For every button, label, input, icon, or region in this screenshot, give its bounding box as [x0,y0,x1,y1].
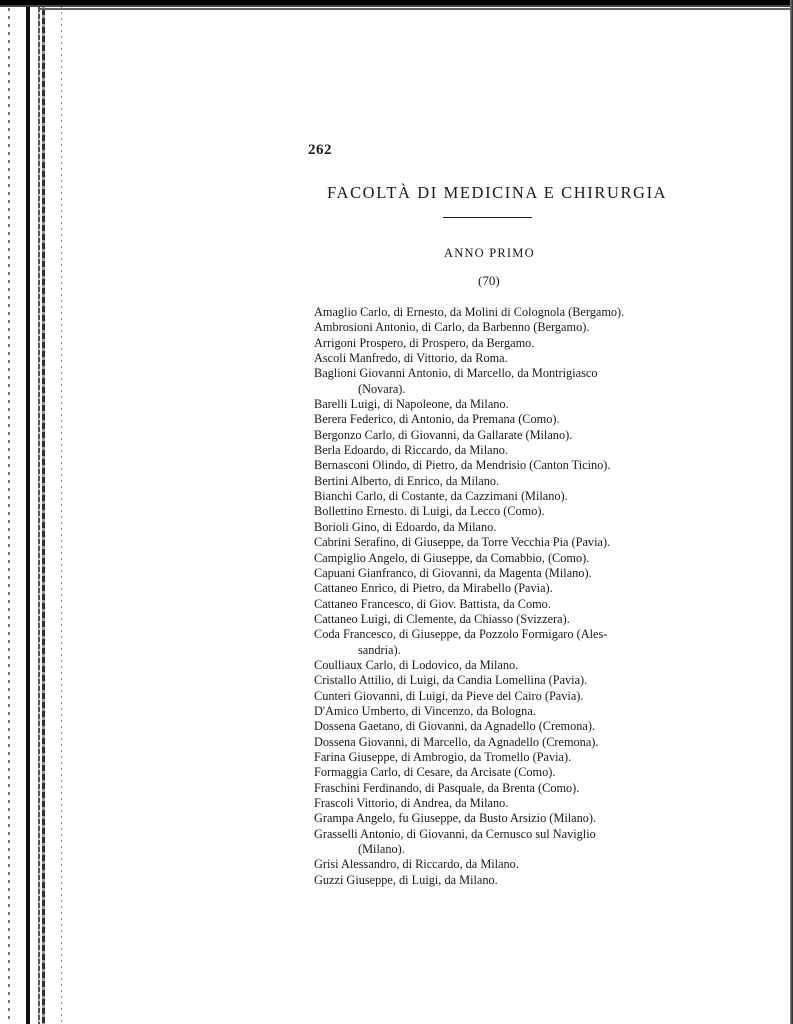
student-entry-text: Baglioni Giovanni Antonio, di Marcello, … [314,366,597,380]
student-entry-text: Frascoli Vittorio, di Andrea, da Milano. [314,796,508,810]
student-entry-continuation: sandria). [314,643,684,658]
student-entry-text: Grampa Angelo, fu Giuseppe, da Busto Ars… [314,811,596,825]
list-item: Guzzi Giuseppe, di Luigi, da Milano. [314,873,684,888]
page-number: 262 [308,142,332,159]
student-count: (70) [478,273,500,289]
list-item: Bergonzo Carlo, di Giovanni, da Gallarat… [314,428,684,443]
student-entry-text: Cunteri Giovanni, di Luigi, da Pieve del… [314,689,583,703]
list-item: Cattaneo Luigi, di Clemente, da Chiasso … [314,612,684,627]
list-item: Ambrosioni Antonio, di Carlo, da Barbenn… [314,320,684,335]
list-item: Barelli Luigi, di Napoleone, da Milano. [314,397,684,412]
student-entry-text: Berera Federico, di Antonio, da Premana … [314,412,560,426]
student-entry-text: Barelli Luigi, di Napoleone, da Milano. [314,397,509,411]
list-item: Dossena Gaetano, di Giovanni, da Agnadel… [314,719,684,734]
student-entry-continuation: (Novara). [314,382,684,397]
student-entry-text: Guzzi Giuseppe, di Luigi, da Milano. [314,873,498,887]
student-entry-text: Cabrini Serafino, di Giuseppe, da Torre … [314,535,610,549]
student-entry-text: Dossena Gaetano, di Giovanni, da Agnadel… [314,719,595,733]
section-heading: ANNO PRIMO [444,246,535,261]
student-entry-text: Coulliaux Carlo, di Lodovico, da Milano. [314,658,518,672]
student-entry-text: Berla Edoardo, di Riccardo, da Milano. [314,443,508,457]
student-entry-text: Dossena Giovanni, di Marcello, da Agnade… [314,735,598,749]
list-item: Cristallo Attilio, di Luigi, da Candia L… [314,673,684,688]
student-entry-text: Bertini Alberto, di Enrico, da Milano. [314,474,499,488]
student-entry-text: Formaggia Carlo, di Cesare, da Arcisate … [314,765,555,779]
list-item: Frascoli Vittorio, di Andrea, da Milano. [314,796,684,811]
student-entry-text: Ascoli Manfredo, di Vittorio, da Roma. [314,351,508,365]
student-entry-text: Farina Giuseppe, di Ambrogio, da Tromell… [314,750,571,764]
student-list: Amaglio Carlo, di Ernesto, da Molini di … [314,305,684,888]
list-item: Grisi Alessandro, di Riccardo, da Milano… [314,857,684,872]
list-item: Capuani Gianfranco, di Giovanni, da Mage… [314,566,684,581]
student-entry-text: Cattaneo Enrico, di Pietro, da Mirabello… [314,581,553,595]
list-item: Bollettino Ernesto. di Luigi, da Lecco (… [314,504,684,519]
list-item: Baglioni Giovanni Antonio, di Marcello, … [314,366,684,397]
list-item: Cabrini Serafino, di Giuseppe, da Torre … [314,535,684,550]
list-item: Grasselli Antonio, di Giovanni, da Cernu… [314,827,684,858]
title-divider [443,217,532,218]
student-entry-text: Bernasconi Olindo, di Pietro, da Mendris… [314,458,610,472]
student-entry-text: Bollettino Ernesto. di Luigi, da Lecco (… [314,504,545,518]
list-item: Berera Federico, di Antonio, da Premana … [314,412,684,427]
list-item: Berla Edoardo, di Riccardo, da Milano. [314,443,684,458]
list-item: Coda Francesco, di Giuseppe, da Pozzolo … [314,627,684,658]
list-item: Borioli Gino, di Edoardo, da Milano. [314,520,684,535]
student-entry-text: Fraschini Ferdinando, di Pasquale, da Br… [314,781,579,795]
student-entry-text: Capuani Gianfranco, di Giovanni, da Mage… [314,566,592,580]
list-item: Arrigoni Prospero, di Prospero, da Berga… [314,336,684,351]
student-entry-text: D'Amico Umberto, di Vincenzo, da Bologna… [314,704,536,718]
student-entry-text: Cattaneo Luigi, di Clemente, da Chiasso … [314,612,570,626]
list-item: Ascoli Manfredo, di Vittorio, da Roma. [314,351,684,366]
student-entry-text: Arrigoni Prospero, di Prospero, da Berga… [314,336,534,350]
student-entry-text: Amaglio Carlo, di Ernesto, da Molini di … [314,305,624,319]
list-item: Farina Giuseppe, di Ambrogio, da Tromell… [314,750,684,765]
student-entry-text: Campiglio Angelo, di Giuseppe, da Comabb… [314,551,589,565]
student-entry-text: Grisi Alessandro, di Riccardo, da Milano… [314,857,519,871]
list-item: Coulliaux Carlo, di Lodovico, da Milano. [314,658,684,673]
list-item: Formaggia Carlo, di Cesare, da Arcisate … [314,765,684,780]
list-item: Fraschini Ferdinando, di Pasquale, da Br… [314,781,684,796]
student-entry-text: Borioli Gino, di Edoardo, da Milano. [314,520,496,534]
list-item: Campiglio Angelo, di Giuseppe, da Comabb… [314,551,684,566]
list-item: Bianchi Carlo, di Costante, da Cazzimani… [314,489,684,504]
document-page: 262 FACOLTÀ DI MEDICINA E CHIRURGIA ANNO… [0,0,793,1024]
student-entry-text: Grasselli Antonio, di Giovanni, da Cernu… [314,827,596,841]
list-item: Grampa Angelo, fu Giuseppe, da Busto Ars… [314,811,684,826]
list-item: Cattaneo Enrico, di Pietro, da Mirabello… [314,581,684,596]
student-entry-text: Coda Francesco, di Giuseppe, da Pozzolo … [314,627,607,641]
list-item: Bertini Alberto, di Enrico, da Milano. [314,474,684,489]
list-item: Cunteri Giovanni, di Luigi, da Pieve del… [314,689,684,704]
student-entry-text: Bergonzo Carlo, di Giovanni, da Gallarat… [314,428,572,442]
list-item: Bernasconi Olindo, di Pietro, da Mendris… [314,458,684,473]
list-item: Cattaneo Francesco, di Giov. Battista, d… [314,597,684,612]
list-item: Amaglio Carlo, di Ernesto, da Molini di … [314,305,684,320]
student-entry-text: Bianchi Carlo, di Costante, da Cazzimani… [314,489,568,503]
student-entry-text: Cristallo Attilio, di Luigi, da Candia L… [314,673,587,687]
student-entry-continuation: (Milano). [314,842,684,857]
list-item: D'Amico Umberto, di Vincenzo, da Bologna… [314,704,684,719]
student-entry-text: Ambrosioni Antonio, di Carlo, da Barbenn… [314,320,589,334]
list-item: Dossena Giovanni, di Marcello, da Agnade… [314,735,684,750]
student-entry-text: Cattaneo Francesco, di Giov. Battista, d… [314,597,551,611]
page-title: FACOLTÀ DI MEDICINA E CHIRURGIA [327,183,667,203]
